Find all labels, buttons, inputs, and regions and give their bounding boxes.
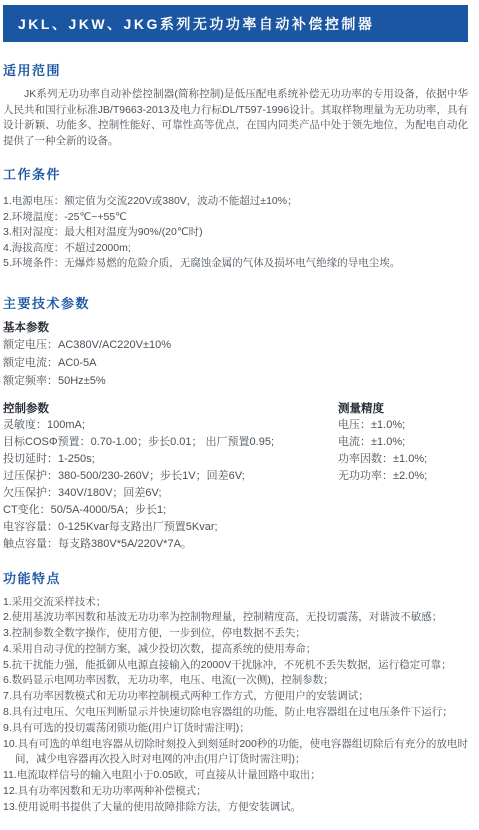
control-param-item: 投切延时：1-250s; (3, 451, 338, 468)
feature-item: 11.电流取样信号的输入电阻小于0.05欧，可直接从计量回路中取出； (3, 768, 468, 784)
features-list: 1.采用交流采样技术； 2.使用基波功率因数和基波无功功率为控制物理量，控制精度… (3, 595, 468, 816)
scope-paragraph: JK系列无功功率自动补偿控制器(简称控制)是低压配电系统补偿无功功率的专用设备，… (3, 87, 468, 149)
working-conditions-list: 1.电源电压：额定值为交流220V或380V，波动不能超过±10%； 2.环境温… (3, 194, 468, 272)
section-title-working-conditions: 工作条件 (3, 166, 468, 183)
section-title-scope: 适用范围 (3, 62, 468, 79)
control-params-title: 控制参数 (3, 401, 338, 417)
control-param-item: 过压保护：380-500/230-260V；步长1V；回差6V; (3, 468, 338, 485)
section-technical-parameters: 主要技术参数 基本参数 额定电压：AC380V/AC220V±10% 额定电流：… (3, 295, 468, 553)
feature-item: 8.具有过电压、欠电压判断显示并快速切除电容器组的功能，防止电容器组在过电压条件… (3, 705, 468, 721)
feature-item: 12.具有功率因数和无功功率两种补偿模式； (3, 784, 468, 800)
feature-item: 2.使用基波功率因数和基波无功功率为控制物理量，控制精度高，无投切震荡，对谐波不… (3, 610, 468, 626)
feature-item: 4.采用自动寻优的控制方案，减少投切次数，提高系统的使用寿命； (3, 642, 468, 658)
section-scope: 适用范围 JK系列无功功率自动补偿控制器(简称控制)是低压配电系统补偿无功功率的… (3, 62, 468, 149)
basic-params-title: 基本参数 (3, 320, 468, 336)
accuracy-item: 电流：±1.0%; (338, 434, 468, 451)
accuracy-item: 电压：±1.0%; (338, 417, 468, 434)
working-condition-item: 1.电源电压：额定值为交流220V或380V，波动不能超过±10%； (3, 194, 468, 210)
basic-param-item: 额定电压：AC380V/AC220V±10% (3, 336, 468, 354)
section-title-features: 功能特点 (3, 570, 468, 587)
basic-params-list: 额定电压：AC380V/AC220V±10% 额定电流：AC0-5A 额定频率：… (3, 336, 468, 390)
control-param-item: 欠压保护：340V/180V；回差6V; (3, 485, 338, 502)
feature-item: 5.抗干扰能力强，能抵御从电源直接输入的2000V干扰脉冲，不死机不丢失数据，运… (3, 658, 468, 674)
control-params-list: 灵敏度：100mA; 目标COSΦ预置：0.70-1.00；步长0.01； 出厂… (3, 417, 338, 553)
section-title-technical-parameters: 主要技术参数 (3, 295, 468, 312)
working-condition-item: 5.环境条件：无爆炸易燃的危险介质，无腐蚀金属的气体及损坏电气绝缘的导电尘埃。 (3, 256, 468, 272)
control-param-item: 触点容量：每支路380V*5A/220V*7A。 (3, 536, 338, 553)
page-title: JKL、JKW、JKG系列无功功率自动补偿控制器 (18, 14, 374, 34)
feature-item: 13.使用说明书提供了大量的使用故障排除方法，方便安装调试。 (3, 800, 468, 816)
feature-item: 9.具有可选的投切震荡闭锁功能(用户订货时需注明)； (3, 721, 468, 737)
working-condition-item: 3.相对湿度：最大相对温度为90%/(20℃时) (3, 225, 468, 241)
control-param-item: CT变化：50/5A-4000/5A；步长1; (3, 502, 338, 519)
control-param-item: 目标COSΦ预置：0.70-1.00；步长0.01； 出厂预置0.95; (3, 434, 338, 451)
basic-param-item: 额定频率：50Hz±5% (3, 372, 468, 390)
measurement-accuracy-column: 测量精度 电压：±1.0%; 电流：±1.0%; 功率因数：±1.0%; 无功功… (338, 401, 468, 553)
section-working-conditions: 工作条件 1.电源电压：额定值为交流220V或380V，波动不能超过±10%； … (3, 166, 468, 272)
feature-item: 3.控制参数全数字操作，使用方便，一步到位，停电数据不丢失； (3, 626, 468, 642)
accuracy-item: 无功功率：±2.0%; (338, 468, 468, 485)
product-spec-page: JKL、JKW、JKG系列无功功率自动补偿控制器 适用范围 JK系列无功功率自动… (0, 5, 479, 830)
feature-item: 1.采用交流采样技术； (3, 595, 468, 611)
feature-item: 6.数码显示电网功率因数，无功功率，电压、电流(一次侧)，控制参数； (3, 673, 468, 689)
params-columns: 控制参数 灵敏度：100mA; 目标COSΦ预置：0.70-1.00；步长0.0… (3, 401, 468, 553)
control-param-item: 电容容量：0-125Kvar每支路出厂预置5Kvar; (3, 519, 338, 536)
working-condition-item: 2.环境温度：-25℃~+55℃ (3, 210, 468, 226)
measurement-accuracy-list: 电压：±1.0%; 电流：±1.0%; 功率因数：±1.0%; 无功功率：±2.… (338, 417, 468, 485)
working-condition-item: 4.海拔高度：不超过2000m; (3, 241, 468, 257)
measurement-accuracy-title: 测量精度 (338, 401, 468, 417)
feature-item: 10.具有可选的单组电容器从切除时刻投入到刻延时200秒的功能，使电容器组切除后… (3, 737, 468, 769)
page-title-banner: JKL、JKW、JKG系列无功功率自动补偿控制器 (3, 5, 468, 42)
accuracy-item: 功率因数：±1.0%; (338, 451, 468, 468)
section-features: 功能特点 1.采用交流采样技术； 2.使用基波功率因数和基波无功功率为控制物理量… (3, 570, 468, 816)
basic-param-item: 额定电流：AC0-5A (3, 354, 468, 372)
feature-item: 7.具有功率因数模式和无功功率控制模式两种工作方式，方便用户的安装调试； (3, 689, 468, 705)
control-param-item: 灵敏度：100mA; (3, 417, 338, 434)
control-params-column: 控制参数 灵敏度：100mA; 目标COSΦ预置：0.70-1.00；步长0.0… (3, 401, 338, 553)
